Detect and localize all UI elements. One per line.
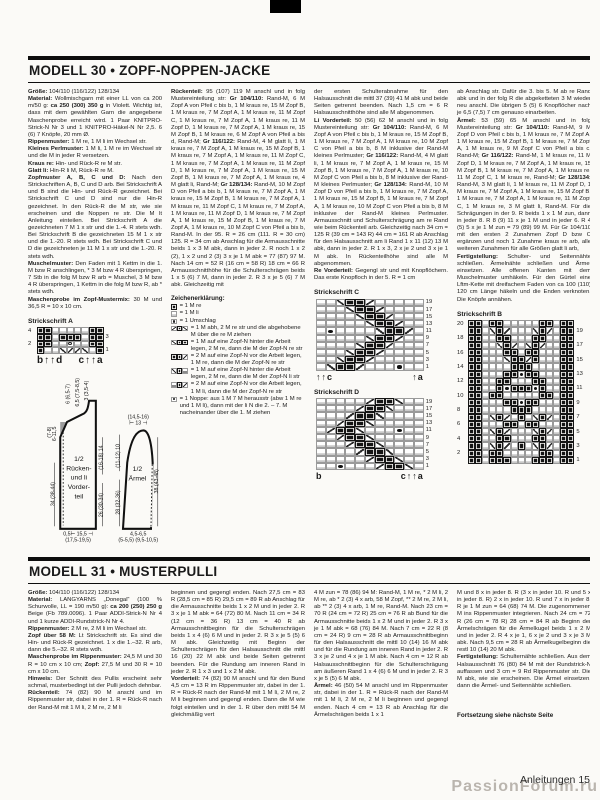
chart-cell: [375, 299, 385, 306]
schematic-label: 38 (43-48): [154, 469, 160, 493]
chart-cell: [482, 342, 489, 349]
chart-cell: [525, 327, 532, 334]
chart-cell: [553, 385, 560, 392]
chart-cell: [482, 378, 489, 385]
row-number-right: 17: [424, 406, 436, 412]
chart-row: 4: [28, 327, 162, 334]
chart-cell: [553, 356, 560, 363]
chart-cell: [37, 327, 44, 334]
chart-cell: [74, 334, 81, 341]
chart-cell: [414, 448, 424, 455]
chart-cell: [365, 313, 375, 320]
chart-cell: [326, 363, 336, 370]
chart-row: 3: [314, 356, 448, 363]
row-number-right: 15: [574, 357, 585, 363]
chart-cell: [59, 341, 66, 348]
row-number-right: 19: [424, 399, 436, 405]
row-number-left: 4: [28, 328, 37, 334]
chart-repeat-arrows: bc↑↑a: [316, 471, 424, 481]
chart-cell: [511, 327, 518, 334]
chart-cell: [546, 349, 553, 356]
chart-cell: [385, 427, 395, 434]
chart-cell: [326, 327, 336, 334]
chart-cell: [546, 414, 553, 421]
model30-column-2: Rückenteil: 95 (107) 119 M anschl und in…: [171, 89, 305, 557]
chart-cell: [518, 327, 525, 334]
paragraph: Fertigstellung: Schulternähte schließen.…: [457, 654, 590, 690]
legend-symbol: [171, 340, 188, 353]
chart-cell: [475, 356, 482, 363]
chart-cell: [553, 421, 560, 428]
chart-cell: [503, 392, 510, 399]
paragraph: Maschenprobe im Rippenmuster: 24,5 M und…: [28, 654, 162, 675]
chart-cell: [518, 450, 525, 457]
chart-cell: [385, 398, 395, 405]
model30-header: MODELL 30 • ZOPF-NOPPEN-JACKE: [28, 56, 590, 83]
chart-cell: [567, 349, 574, 356]
chart-cell: [59, 327, 66, 334]
chart-cell: [553, 435, 560, 442]
chart-cell: [336, 363, 346, 370]
chart-cell: [365, 335, 375, 342]
chart-cell: [414, 363, 424, 370]
chart-cell: [404, 420, 414, 427]
paragraph: Hinweis: Der Schnitt des Pullis erschein…: [28, 676, 162, 690]
chart-strickschrift-b: Strickschrift B2019181716151413121110987…: [457, 311, 590, 464]
row-number-left: 20: [457, 321, 468, 327]
chart-cell: [489, 349, 496, 356]
chart-cell: [375, 342, 385, 349]
chart-cell: [355, 356, 365, 363]
chart-cell: [345, 420, 355, 427]
chart-cell: [52, 334, 59, 341]
chart-cell: [503, 327, 510, 334]
chart-row: 5: [314, 349, 448, 356]
chart-cell: [518, 428, 525, 435]
chart-cell: [525, 378, 532, 385]
chart-cell: [414, 456, 424, 463]
chart-cell: [404, 335, 414, 342]
chart-cell: [365, 320, 375, 327]
chart-cell: [525, 363, 532, 370]
chart-row: 17: [314, 405, 448, 412]
chart-cell: [326, 441, 336, 448]
chart-cell: [525, 385, 532, 392]
chart-cell: [316, 441, 326, 448]
chart-cell: [385, 456, 395, 463]
chart-cell: [171, 311, 177, 317]
model30-col4-text: ab Anschlag str. Dafür die 3. bis 5. M a…: [457, 89, 590, 304]
legend-item: = 2 M auf eine Zopf-N vor die Arbeit leg…: [171, 353, 305, 367]
legend-text: = 1 M li: [180, 310, 199, 317]
chart-cell: [567, 428, 574, 435]
chart-cell: [496, 392, 503, 399]
chart-cell: [496, 378, 503, 385]
chart-cell: [326, 405, 336, 412]
chart-cell: [560, 399, 567, 406]
chart-cell: [345, 306, 355, 313]
chart-cell: [482, 335, 489, 342]
chart-cell: [532, 450, 539, 457]
legend-item: = 1 M auf eine Zopf-N hinter die Arbeit …: [171, 339, 305, 353]
chart-cell: [475, 327, 482, 334]
chart-cell: [503, 450, 510, 457]
chart-cell: [511, 406, 518, 413]
chart-cell: [394, 356, 404, 363]
chart-cell: [59, 347, 66, 354]
legend-title: Zeichenerklärung:: [171, 295, 305, 302]
chart-cell: [404, 463, 414, 470]
chart-cell: [496, 320, 503, 327]
chart-cell: [503, 320, 510, 327]
model31-column-2: beginnen und gegengl enden. Nach 27,5 cm…: [171, 590, 305, 794]
chart-cell: [385, 463, 395, 470]
chart-cell: [518, 442, 525, 449]
chart-cell: [385, 356, 395, 363]
chart-cell: [518, 399, 525, 406]
chart-cell: [44, 341, 51, 348]
paragraph: Material: LANGYARNS „Donegal“ (100 % Sch…: [28, 597, 162, 626]
chart-cell: [553, 406, 560, 413]
chart-cell: [546, 385, 553, 392]
chart-cell: [355, 363, 365, 370]
arrow-label-right: ↑a: [412, 372, 424, 382]
chart-cell: [511, 385, 518, 392]
chart-cell: [394, 335, 404, 342]
chart-cell: [496, 428, 503, 435]
chart-cell: [468, 320, 475, 327]
chart-cell: [532, 342, 539, 349]
chart-strickschrift-c: Strickschrift C191715131197531↑↑c↑a: [314, 289, 448, 381]
row-number-left: 16: [457, 350, 468, 356]
chart-cell: [365, 448, 375, 455]
chart-cell: [539, 349, 546, 356]
chart-cell: [385, 306, 395, 313]
chart-row: 17: [314, 306, 448, 313]
chart-cell: [182, 368, 188, 374]
chart-cell: [475, 335, 482, 342]
chart-row: 1: [457, 457, 590, 464]
page-footer-label: Anleitungen 15: [520, 774, 590, 786]
chart-row: 11: [457, 385, 590, 392]
chart-cell: [553, 327, 560, 334]
magazine-page: MODELL 30 • ZOPF-NOPPEN-JACKE Größe: 104…: [0, 0, 600, 800]
chart-cell: [394, 456, 404, 463]
row-number-right: 19: [424, 299, 436, 305]
chart-cell: [496, 349, 503, 356]
chart-cell: [511, 320, 518, 327]
chart-row: 10: [457, 392, 590, 399]
chart-cell: [468, 442, 475, 449]
chart-cell: [489, 435, 496, 442]
schematic-diagram: 1/2Rücken-und liVorder-teil 1/2Ärmel 6 (…: [28, 371, 162, 545]
chart-cell: [394, 427, 404, 434]
chart-cell: [468, 428, 475, 435]
chart-row: 15: [314, 313, 448, 320]
model31-title: MODELL 31 • MUSTERPULLI: [29, 564, 217, 579]
chart-cell: [336, 335, 346, 342]
chart-cell: [375, 313, 385, 320]
chart-cell: [553, 457, 560, 464]
chart-cell: [336, 342, 346, 349]
chart-cell: [518, 435, 525, 442]
legend-symbol: [171, 304, 177, 310]
chart-cell: [404, 363, 414, 370]
chart-cell: [37, 347, 44, 354]
chart-cell: [355, 299, 365, 306]
chart-cell: [375, 448, 385, 455]
chart-cell: [567, 363, 574, 370]
chart-cell: [345, 342, 355, 349]
legend-symbol: [171, 382, 188, 395]
chart-cell: [567, 406, 574, 413]
chart-cell: [518, 320, 525, 327]
chart-cell: [326, 342, 336, 349]
chart-cell: [511, 414, 518, 421]
row-number-left: 14: [457, 364, 468, 370]
chart-cell: [489, 399, 496, 406]
chart-cell: [182, 340, 188, 346]
legend-item: = 1 Umschlag: [171, 318, 305, 325]
page-content: MODELL 30 • ZOPF-NOPPEN-JACKE Größe: 104…: [28, 56, 590, 796]
row-number-left: 2: [28, 341, 37, 347]
chart-cell: [553, 371, 560, 378]
chart-cell: [518, 342, 525, 349]
chart-cell: [365, 441, 375, 448]
paragraph: Größe: 104/110 (116/122) 128/134: [28, 89, 162, 96]
paragraph: Muschelmuster: Den Faden mit 1 Kettm in …: [28, 261, 162, 297]
chart-cell: [316, 434, 326, 441]
row-number-right: 13: [424, 321, 436, 327]
chart-cell: [532, 335, 539, 342]
chart-cell: [560, 414, 567, 421]
chart-cell: [560, 378, 567, 385]
paragraph: Fertigstellung: Schulter- und Seitennäht…: [457, 254, 590, 304]
print-registration-mark: [270, 0, 301, 13]
chart-cell: [546, 371, 553, 378]
chart-cell: [539, 442, 546, 449]
chart-cell: [345, 456, 355, 463]
chart-cell: [525, 320, 532, 327]
model31-col4-text: M und 8 x in jeder 8. R (3 x in jeder 10…: [457, 590, 590, 690]
chart-cell: [560, 327, 567, 334]
chart-cell: [539, 414, 546, 421]
schematic-label: Rücken-: [66, 465, 91, 472]
chart-cell: [182, 326, 188, 332]
chart-cell: [171, 397, 177, 403]
chart-cell: [67, 334, 74, 341]
chart-cell: [567, 327, 574, 334]
chart-cell: [404, 306, 414, 313]
chart-row: 6: [457, 421, 590, 428]
chart-cell: [518, 371, 525, 378]
chart-cell: [511, 371, 518, 378]
chart-row: 19: [314, 398, 448, 405]
chart-cell: [553, 392, 560, 399]
row-number-right: 9: [574, 400, 585, 406]
chart-cell: [375, 327, 385, 334]
chart-cell: [394, 405, 404, 412]
chart-row: 8: [457, 406, 590, 413]
chart-row: 4: [457, 435, 590, 442]
chart-cell: [511, 363, 518, 370]
chart-cell: [336, 349, 346, 356]
chart-cell: [489, 457, 496, 464]
chart-cell: [532, 363, 539, 370]
chart-cell: [316, 327, 326, 334]
chart-row: 9: [314, 335, 448, 342]
chart-cell: [475, 421, 482, 428]
chart-cell: [336, 306, 346, 313]
chart-cell: [503, 378, 510, 385]
schematic-label: 0,5⊢ 15,5 ⊣: [63, 530, 93, 537]
chart-cell: [365, 306, 375, 313]
row-number-right: 11: [424, 328, 436, 334]
chart-cell: [345, 398, 355, 405]
chart-cell: [81, 327, 88, 334]
chart-cell: [567, 399, 574, 406]
chart-cell: [532, 320, 539, 327]
chart-cell: [345, 320, 355, 327]
chart-cell: [503, 335, 510, 342]
chart-cell: [81, 347, 88, 354]
chart-cell: [511, 421, 518, 428]
chart-cell: [365, 342, 375, 349]
chart-cell: [394, 320, 404, 327]
chart-cell: [525, 392, 532, 399]
chart-cell: [345, 335, 355, 342]
chart-cell: [489, 450, 496, 457]
chart-cell: [336, 448, 346, 455]
model30-column-4: ab Anschlag str. Dafür die 3. bis 5. M a…: [457, 89, 590, 557]
sleeve-edge-mask: [151, 464, 152, 527]
schematic-label: (11-12) 10: [116, 444, 122, 468]
chart-cell: [539, 406, 546, 413]
chart-cell: [326, 398, 336, 405]
chart-cell: [375, 441, 385, 448]
chart-cell: [496, 327, 503, 334]
chart-cell: [560, 385, 567, 392]
chart-cell: [316, 356, 326, 363]
row-number-right: 3: [104, 334, 113, 340]
chart-cell: [394, 342, 404, 349]
chart-cell: [385, 405, 395, 412]
chart-cell: [316, 427, 326, 434]
chart-row: 2: [457, 450, 590, 457]
chart-cell: [375, 306, 385, 313]
paragraph: Rippenmuster: 1 M re, 1 M li im Wechsel …: [28, 139, 162, 146]
chart-cell: [539, 335, 546, 342]
chart-cell: [496, 406, 503, 413]
schematic-label: 3 (3,5-4): [84, 380, 90, 400]
chart-cell: [385, 327, 395, 334]
chart-cell: [414, 335, 424, 342]
chart-cell: [385, 342, 395, 349]
body-piece-label: 1/2Rücken-und liVorder-teil: [66, 456, 91, 500]
chart-cell: [539, 378, 546, 385]
chart-cell: [503, 414, 510, 421]
chart-cell: [385, 335, 395, 342]
chart-cell: [496, 414, 503, 421]
chart-cell: [345, 299, 355, 306]
chart-cell: [336, 441, 346, 448]
chart-cell: [316, 412, 326, 419]
chart-cell: [475, 450, 482, 457]
chart-cell: [553, 320, 560, 327]
chart-cell: [336, 456, 346, 463]
model30-column-3: der ersten Schulterabnahme für den Halsa…: [314, 89, 448, 557]
chart-cell: [532, 385, 539, 392]
schematic-label: 6,5 (7,5-8,5): [75, 377, 81, 406]
chart-cell: [525, 428, 532, 435]
chart-cell: [326, 349, 336, 356]
chart-row: 17: [457, 342, 590, 349]
chart-cell: [468, 457, 475, 464]
chart-cell: [394, 327, 404, 334]
chart-cell: [539, 320, 546, 327]
paragraph: Rückenteil: 74 (82) 90 M anschl und im R…: [28, 690, 162, 711]
row-number-right: 11: [424, 427, 436, 433]
chart-cell: [489, 342, 496, 349]
legend-symbol: [171, 354, 188, 367]
chart-cell: [375, 434, 385, 441]
legend-symbol: [171, 326, 188, 339]
chart-cell: [489, 327, 496, 334]
chart-cell: [404, 349, 414, 356]
paragraph: Kraus re: Hin- und Rück-R re M str.: [28, 161, 162, 168]
chart-cell: [326, 427, 336, 434]
chart-cell: [525, 356, 532, 363]
legend-item: = 1 M abh, 2 M re str und die abgehobene…: [171, 325, 305, 339]
chart-cell: [182, 354, 188, 360]
chart-row: 2: [28, 341, 162, 348]
chart-cell: [560, 320, 567, 327]
chart-cell: [482, 363, 489, 370]
schematic-label: Ärmel: [129, 474, 147, 482]
chart-row: 5: [457, 428, 590, 435]
chart-cell: [171, 304, 177, 310]
chart-cell: [482, 450, 489, 457]
row-number-right: 5: [424, 350, 436, 356]
paragraph: Kleines Perlmuster: 1 M li, 1 M re im We…: [28, 146, 162, 160]
chart-cell: [345, 434, 355, 441]
chart-cell: [539, 392, 546, 399]
chart-cell: [316, 398, 326, 405]
chart-cell: [336, 299, 346, 306]
chart-cell: [546, 356, 553, 363]
chart-cell: [532, 457, 539, 464]
paragraph: Vorderteil: 74 (82) 90 M anschl und für …: [171, 676, 305, 719]
chart-cell: [511, 356, 518, 363]
sleeve-piece-label: 1/2Ärmel: [129, 466, 147, 482]
chart-cell: [59, 334, 66, 341]
chart-cell: [553, 442, 560, 449]
chart-cell: [404, 342, 414, 349]
chart-cell: [345, 327, 355, 334]
chart-cell: [518, 406, 525, 413]
chart-cell: [52, 341, 59, 348]
model30-columns: Größe: 104/110 (116/122) 128/134Material…: [28, 89, 590, 557]
chart-cell: [511, 342, 518, 349]
chart-cell: [414, 349, 424, 356]
chart-cell: [385, 363, 395, 370]
chart-cell: [375, 420, 385, 427]
chart-cell: [326, 313, 336, 320]
chart-cell: [404, 398, 414, 405]
chart-cell: [518, 421, 525, 428]
paragraph: Zopfmuster A, B, C und D: Nach den Stric…: [28, 175, 162, 261]
chart-cell: [355, 456, 365, 463]
